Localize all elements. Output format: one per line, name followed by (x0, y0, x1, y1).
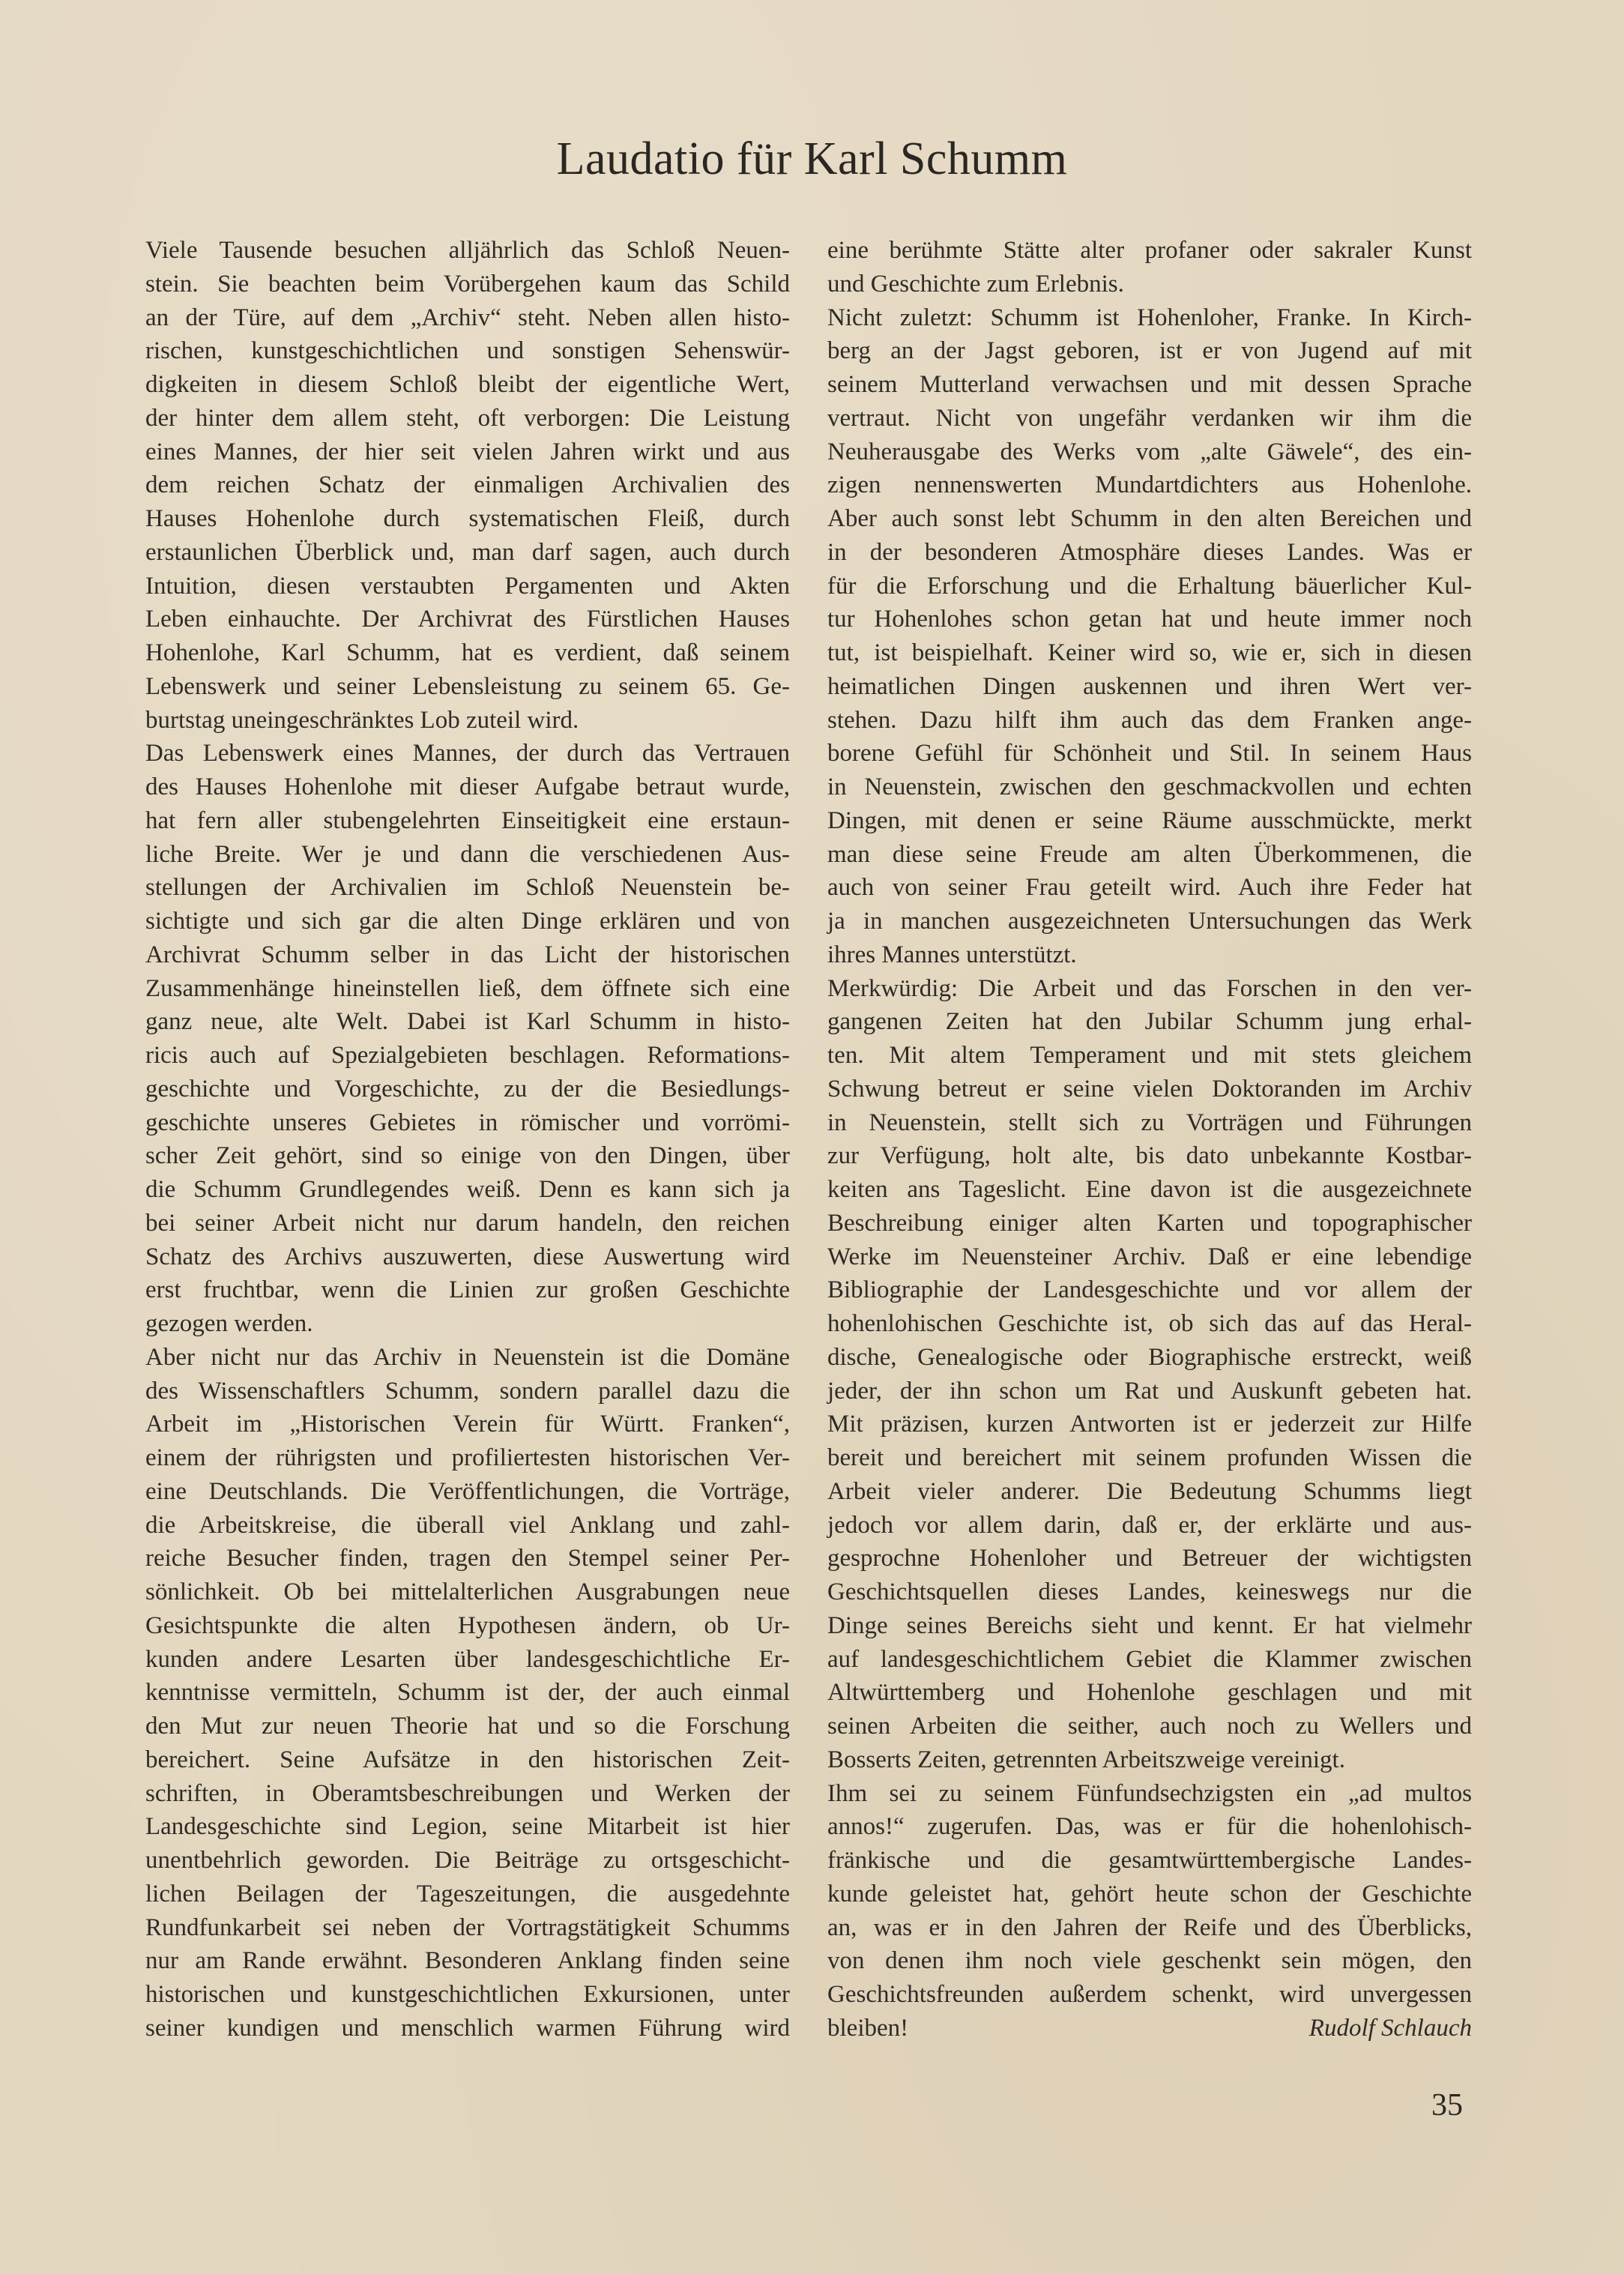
text-line: unentbehrlich geworden. Die Beiträge zu … (145, 1844, 790, 1878)
text-line: gangenen Zeiten hat den Jubilar Schumm j… (827, 1005, 1472, 1039)
text-line: bereichert. Seine Aufsätze in den histor… (145, 1743, 790, 1777)
text-line: Neuherausgabe des Werks vom „alte Gäwele… (827, 435, 1472, 469)
text-line: Rundfunkarbeit sei neben der Vortragstät… (145, 1911, 790, 1945)
author-signature: Rudolf Schlauch (1309, 2012, 1472, 2045)
text-line: sönlichkeit. Ob bei mittelalterlichen Au… (145, 1575, 790, 1609)
text-line: Schatz des Archivs auszuwerten, diese Au… (145, 1240, 790, 1274)
text-line: Lebenswerk und seiner Lebensleistung zu … (145, 670, 790, 704)
text-line: ja in manchen ausgezeichneten Untersuchu… (827, 905, 1472, 938)
closing-text: bleiben! (827, 2012, 908, 2045)
text-line: einem der rührigsten und profiliertesten… (145, 1441, 790, 1475)
text-line: eine berühmte Stätte alter profaner oder… (827, 234, 1472, 268)
text-line: ricis auch auf Spezialgebieten beschlage… (145, 1039, 790, 1073)
closing-line: bleiben!Rudolf Schlauch (827, 2012, 1472, 2045)
text-line: Dingen, mit denen er seine Räume ausschm… (827, 804, 1472, 838)
text-line: Hohenlohe, Karl Schumm, hat es verdient,… (145, 636, 790, 670)
text-line: erst fruchtbar, wenn die Linien zur groß… (145, 1273, 790, 1307)
text-line: Aber nicht nur das Archiv in Neuenstein … (145, 1341, 790, 1375)
text-line: geschichte unseres Gebietes in römischer… (145, 1106, 790, 1140)
text-line: in Neuenstein, stellt sich zu Vorträgen … (827, 1106, 1472, 1140)
text-line: Arbeit vieler anderer. Die Bedeutung Sch… (827, 1475, 1472, 1509)
text-line: tut, ist beispielhaft. Keiner wird so, w… (827, 636, 1472, 670)
text-line: jeder, der ihn schon um Rat und Auskunft… (827, 1375, 1472, 1408)
text-line: eine Deutschlands. Die Veröffentlichunge… (145, 1475, 790, 1509)
text-line: in Neuenstein, zwischen den geschmackvol… (827, 770, 1472, 804)
page-number: 35 (1431, 2087, 1463, 2123)
text-line: digkeiten in diesem Schloß bleibt der ei… (145, 368, 790, 402)
left-text-column: Viele Tausende besuchen alljährlich das … (145, 234, 790, 2045)
text-line: des Wissenschaftlers Schumm, sondern par… (145, 1375, 790, 1408)
text-line: Geschichtsfreunden außerdem schenkt, wir… (827, 1978, 1472, 2012)
text-line: ganz neue, alte Welt. Dabei ist Karl Sch… (145, 1005, 790, 1039)
text-line: Landesgeschichte sind Legion, seine Mita… (145, 1810, 790, 1844)
text-line: dische, Genealogische oder Biographische… (827, 1341, 1472, 1375)
text-line: keiten ans Tageslicht. Eine davon ist di… (827, 1173, 1472, 1207)
text-line: Ihm sei zu seinem Fünfundsechzigsten ein… (827, 1777, 1472, 1811)
text-line: Gesichtspunkte die alten Hypothesen ände… (145, 1609, 790, 1643)
text-line: dem reichen Schatz der einmaligen Archiv… (145, 468, 790, 502)
text-line: den Mut zur neuen Theorie hat und so die… (145, 1710, 790, 1743)
right-text-column: eine berühmte Stätte alter profaner oder… (827, 234, 1472, 2045)
text-line: nur am Rande erwähnt. Besonderen Anklang… (145, 1944, 790, 1978)
text-line: die Arbeitskreise, die überall viel Ankl… (145, 1509, 790, 1542)
text-line: zur Verfügung, holt alte, bis dato unbek… (827, 1139, 1472, 1173)
text-line: des Hauses Hohenlohe mit dieser Aufgabe … (145, 770, 790, 804)
text-line: seinem Mutterland verwachsen und mit des… (827, 368, 1472, 402)
text-line: annos!“ zugerufen. Das, was er für die h… (827, 1810, 1472, 1844)
text-line: für die Erforschung und die Erhaltung bä… (827, 570, 1472, 603)
text-line: Intuition, diesen verstaubten Pergamente… (145, 570, 790, 603)
text-line: Nicht zuletzt: Schumm ist Hohenloher, Fr… (827, 301, 1472, 335)
text-line: heimatlichen Dingen auskennen und ihren … (827, 670, 1472, 704)
text-line: scher Zeit gehört, sind so einige von de… (145, 1139, 790, 1173)
text-line: hohenlohischen Geschichte ist, ob sich d… (827, 1307, 1472, 1341)
text-line: an der Türe, auf dem „Archiv“ steht. Neb… (145, 301, 790, 335)
text-line: Aber auch sonst lebt Schumm in den alten… (827, 502, 1472, 536)
text-line: und Geschichte zum Erlebnis. (827, 268, 1472, 301)
text-line: an, was er in den Jahren der Reife und d… (827, 1911, 1472, 1945)
text-line: kenntnisse vermitteln, Schumm ist der, d… (145, 1676, 790, 1710)
text-line: gesprochne Hohenloher und Betreuer der w… (827, 1542, 1472, 1575)
text-line: fränkische und die gesamtwürttembergisch… (827, 1844, 1472, 1878)
text-line: Altwürttemberg und Hohenlohe geschlagen … (827, 1676, 1472, 1710)
text-line: jedoch vor allem darin, daß er, der erkl… (827, 1509, 1472, 1542)
text-line: rischen, kunstgeschichtlichen und sonsti… (145, 334, 790, 368)
text-line: ihres Mannes unterstützt. (827, 938, 1472, 972)
text-line: Schwung betreut er seine vielen Doktoran… (827, 1073, 1472, 1106)
text-line: Geschichtsquellen dieses Landes, keinesw… (827, 1575, 1472, 1609)
text-line: die Schumm Grundlegendes weiß. Denn es k… (145, 1173, 790, 1207)
text-line: gezogen werden. (145, 1307, 790, 1341)
text-line: Das Lebenswerk eines Mannes, der durch d… (145, 737, 790, 770)
text-line: seiner kundigen und menschlich warmen Fü… (145, 2012, 790, 2045)
text-line: Archivrat Schumm selber in das Licht der… (145, 938, 790, 972)
text-line: kunde geleistet hat, gehört heute schon … (827, 1878, 1472, 1911)
text-line: ten. Mit altem Temperament und mit stets… (827, 1039, 1472, 1073)
text-line: Beschreibung einiger alten Karten und to… (827, 1207, 1472, 1240)
text-line: auf landesgeschichtlichem Gebiet die Kla… (827, 1643, 1472, 1677)
text-line: Merkwürdig: Die Arbeit und das Forschen … (827, 972, 1472, 1006)
text-line: lichen Beilagen der Tageszeitungen, die … (145, 1878, 790, 1911)
text-line: Leben einhauchte. Der Archivrat des Fürs… (145, 603, 790, 636)
text-line: geschichte und Vorgeschichte, zu der die… (145, 1073, 790, 1106)
text-line: stehen. Dazu hilft ihm auch das dem Fran… (827, 704, 1472, 738)
text-line: tur Hohenlohes schon getan hat und heute… (827, 603, 1472, 636)
text-line: Werke im Neuensteiner Archiv. Daß er ein… (827, 1240, 1472, 1274)
text-line: kunden andere Lesarten über landesgeschi… (145, 1643, 790, 1677)
text-line: Zusammenhänge hineinstellen ließ, dem öf… (145, 972, 790, 1006)
text-line: erstaunlichen Überblick und, man darf sa… (145, 536, 790, 570)
text-line: stein. Sie beachten beim Vorübergehen ka… (145, 268, 790, 301)
text-line: sichtigte und sich gar die alten Dinge e… (145, 905, 790, 938)
text-line: schriften, in Oberamtsbeschreibungen und… (145, 1777, 790, 1811)
text-line: in der besonderen Atmosphäre dieses Land… (827, 536, 1472, 570)
text-line: Mit präzisen, kurzen Antworten ist er je… (827, 1408, 1472, 1441)
text-line: auch von seiner Frau geteilt wird. Auch … (827, 871, 1472, 905)
text-line: liche Breite. Wer je und dann die versch… (145, 838, 790, 872)
text-line: Hauses Hohenlohe durch systematischen Fl… (145, 502, 790, 536)
text-line: vertraut. Nicht von ungefähr verdanken w… (827, 402, 1472, 435)
text-line: reiche Besucher finden, tragen den Stemp… (145, 1542, 790, 1575)
text-line: borene Gefühl für Schönheit und Stil. In… (827, 737, 1472, 770)
text-line: hat fern aller stubengelehrten Einseitig… (145, 804, 790, 838)
text-line: Dinge seines Bereichs sieht und kennt. E… (827, 1609, 1472, 1643)
text-line: bereit und bereichert mit seinem profund… (827, 1441, 1472, 1475)
text-line: eines Mannes, der hier seit vielen Jahre… (145, 435, 790, 469)
text-line: historischen und kunstgeschichtlichen Ex… (145, 1978, 790, 2012)
text-line: Bosserts Zeiten, getrennten Arbeitszweig… (827, 1743, 1472, 1777)
text-line: seinen Arbeiten die seither, auch noch z… (827, 1710, 1472, 1743)
text-line: Viele Tausende besuchen alljährlich das … (145, 234, 790, 268)
text-line: von denen ihm noch viele geschenkt sein … (827, 1944, 1472, 1978)
text-line: burtstag uneingeschränktes Lob zuteil wi… (145, 704, 790, 738)
text-line: man diese seine Freude am alten Überkomm… (827, 838, 1472, 872)
text-line: Arbeit im „Historischen Verein für Württ… (145, 1408, 790, 1441)
text-line: Bibliographie der Landesgeschichte und v… (827, 1273, 1472, 1307)
text-line: berg an der Jagst geboren, ist er von Ju… (827, 334, 1472, 368)
text-line: stellungen der Archivalien im Schloß Neu… (145, 871, 790, 905)
text-line: der hinter dem allem steht, oft verborge… (145, 402, 790, 435)
text-line: bei seiner Arbeit nicht nur darum handel… (145, 1207, 790, 1240)
article-title: Laudatio für Karl Schumm (0, 129, 1624, 189)
text-line: zigen nennenswerten Mundartdichters aus … (827, 468, 1472, 502)
